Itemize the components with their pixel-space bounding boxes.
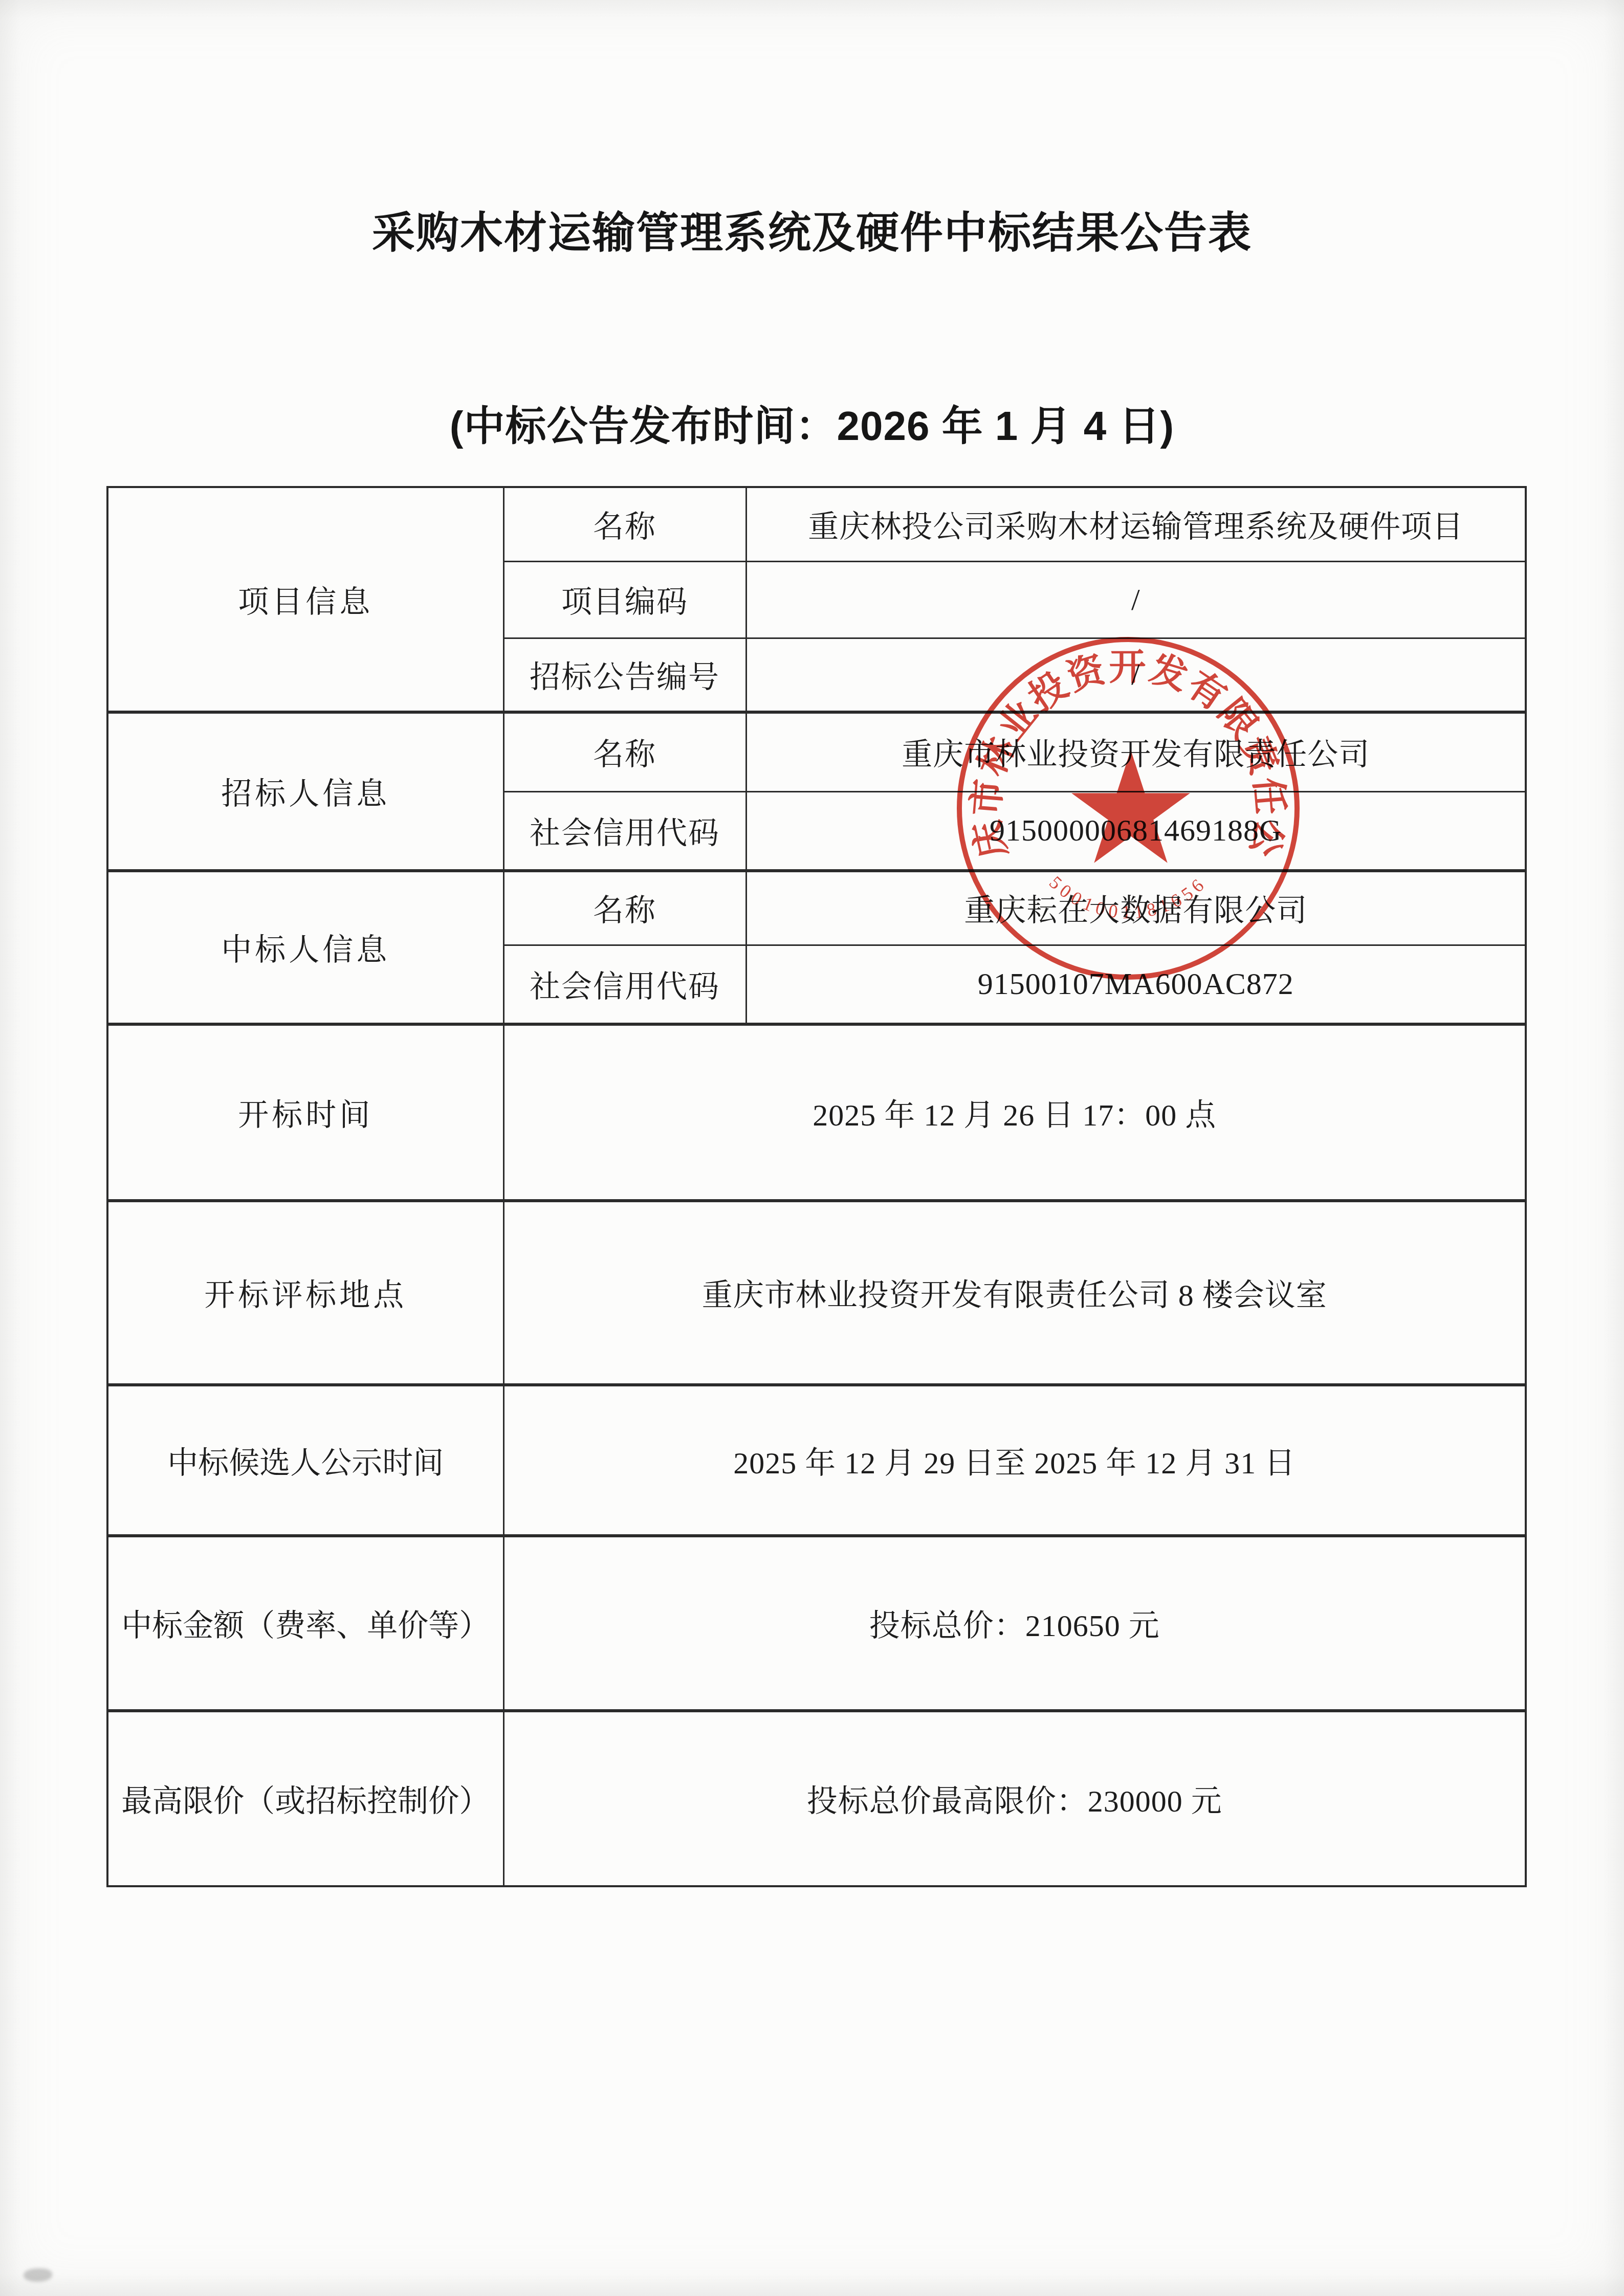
- value-winner-credit-code: 91500107MA600AC872: [746, 945, 1526, 1024]
- scan-smudge: [24, 2268, 52, 2282]
- document-page: 采购木材运输管理系统及硬件中标结果公告表 (中标公告发布时间：2026 年 1 …: [0, 0, 1624, 2296]
- table-row: 开标时间 2025 年 12 月 26 日 17：00 点: [107, 1024, 1526, 1201]
- field-label-project-code: 项目编码: [503, 561, 746, 638]
- value-max-price-limit: 投标总价最高限价：230000 元: [503, 1711, 1526, 1886]
- table-row: 中标候选人公示时间 2025 年 12 月 29 日至 2025 年 12 月 …: [107, 1385, 1526, 1536]
- value-announcement-no: /: [746, 638, 1526, 712]
- table-row: 招标人信息 名称 重庆市林业投资开发有限责任公司: [107, 712, 1526, 791]
- field-label-project-name: 名称: [503, 487, 746, 561]
- page-title: 采购木材运输管理系统及硬件中标结果公告表: [0, 198, 1624, 260]
- field-label-tenderer-credit-code: 社会信用代码: [503, 791, 746, 871]
- group-label-winner-info: 中标人信息: [107, 871, 503, 1024]
- value-bid-opening-time: 2025 年 12 月 26 日 17：00 点: [503, 1024, 1526, 1201]
- field-label-announcement-no: 招标公告编号: [503, 638, 746, 712]
- table-row: 中标人信息 名称 重庆耘在大数据有限公司: [107, 871, 1526, 945]
- table-row: 最高限价（或招标控制价） 投标总价最高限价：230000 元: [107, 1711, 1526, 1886]
- field-label-tenderer-name: 名称: [503, 712, 746, 791]
- table-row: 开标评标地点 重庆市林业投资开发有限责任公司 8 楼会议室: [107, 1201, 1526, 1385]
- value-winning-amount: 投标总价：210650 元: [503, 1536, 1526, 1711]
- value-tenderer-name: 重庆市林业投资开发有限责任公司: [746, 712, 1526, 791]
- row-label-winning-amount: 中标金额（费率、单价等）: [107, 1536, 503, 1711]
- table-row: 中标金额（费率、单价等） 投标总价：210650 元: [107, 1536, 1526, 1711]
- value-winner-name: 重庆耘在大数据有限公司: [746, 871, 1526, 945]
- value-bid-opening-venue: 重庆市林业投资开发有限责任公司 8 楼会议室: [503, 1201, 1526, 1385]
- table-row: 项目信息 名称 重庆林投公司采购木材运输管理系统及硬件项目: [107, 487, 1526, 561]
- value-candidate-publicity-period: 2025 年 12 月 29 日至 2025 年 12 月 31 日: [503, 1385, 1526, 1536]
- row-label-bid-opening-venue: 开标评标地点: [107, 1201, 503, 1385]
- group-label-tenderer-info: 招标人信息: [107, 712, 503, 871]
- field-label-winner-credit-code: 社会信用代码: [503, 945, 746, 1024]
- field-label-winner-name: 名称: [503, 871, 746, 945]
- row-label-bid-opening-time: 开标时间: [107, 1024, 503, 1201]
- publish-date-subtitle: (中标公告发布时间：2026 年 1 月 4 日): [0, 393, 1624, 452]
- row-label-max-price-limit: 最高限价（或招标控制价）: [107, 1711, 503, 1886]
- group-label-project-info: 项目信息: [107, 487, 503, 712]
- bid-result-table: 项目信息 名称 重庆林投公司采购木材运输管理系统及硬件项目 项目编码 / 招标公…: [106, 486, 1527, 1887]
- value-project-name: 重庆林投公司采购木材运输管理系统及硬件项目: [746, 487, 1526, 561]
- value-tenderer-credit-code: 91500000681469188G: [746, 791, 1526, 871]
- value-project-code: /: [746, 561, 1526, 638]
- row-label-candidate-publicity-period: 中标候选人公示时间: [107, 1385, 503, 1536]
